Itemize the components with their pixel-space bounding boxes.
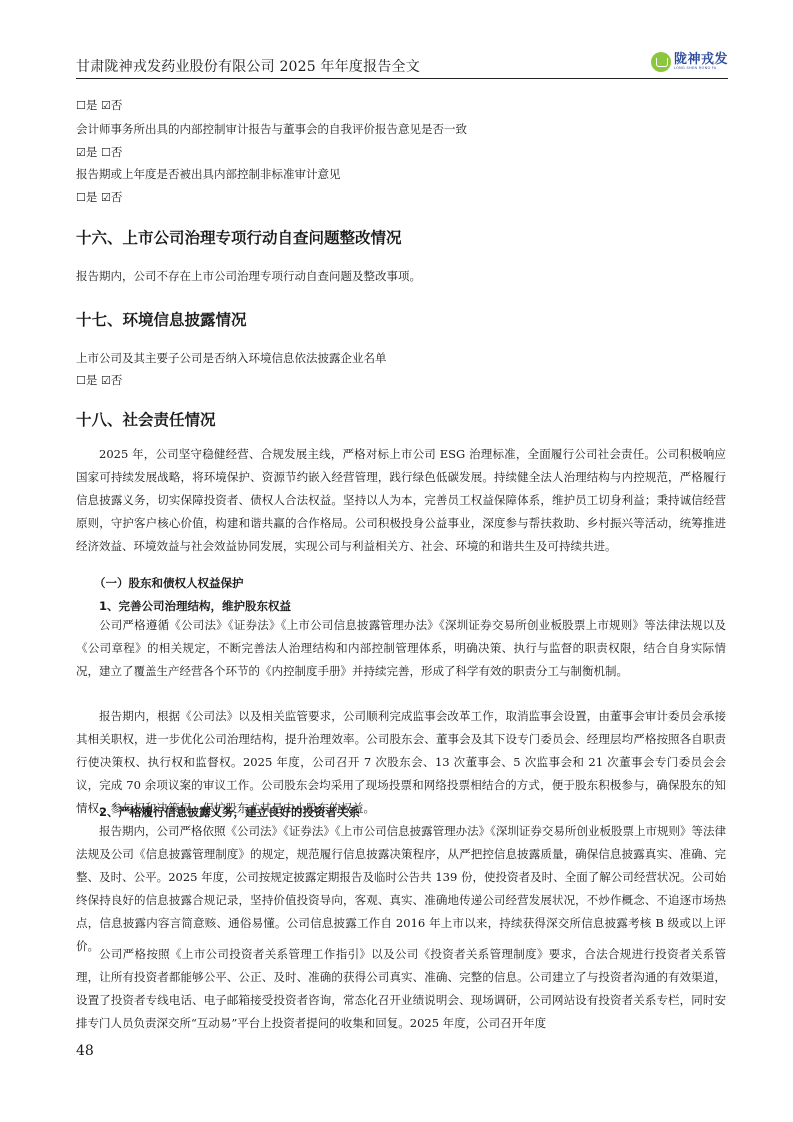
unchecked-box-icon: ☐ [76,374,86,387]
checked-box-icon: ☑ [101,191,111,204]
section-16-heading: 十六、上市公司治理专项行动自查问题整改情况 [76,226,402,248]
question-nonstandard-opinion: 报告期或上年度是否被出具内部控制非标准审计意见 [76,166,341,182]
checkbox-row-3: ☐是 ☑否 [76,189,122,205]
no-label: 否 [111,98,123,112]
section-18-intro: 2025 年，公司坚守稳健经营、合规发展主线，严格对标上市公司 ESG 治理标准… [76,443,726,558]
section-18-heading: 十八、社会责任情况 [76,408,216,430]
yes-label: 是 [86,145,98,159]
item-1-paragraph-1: 公司严格遵循《公司法》《证券法》《上市公司信息披露管理办法》《深圳证券交易所创业… [76,614,726,683]
section-16-text: 报告期内，公司不存在上市公司治理专项行动自查问题及整改事项。 [76,268,421,284]
item-2-paragraph-2: 公司严格按照《上市公司投资者关系管理工作指引》以及公司《投资者关系管理制度》要求… [76,943,726,1035]
unchecked-box-icon: ☐ [76,99,86,112]
page-number: 48 [76,1043,94,1059]
yes-label: 是 [86,98,98,112]
logo-chinese-name: 陇神戎发 [674,53,728,66]
checked-box-icon: ☑ [101,374,111,387]
logo-emblem-icon [651,52,671,72]
section-17-question: 上市公司及其主要子公司是否纳入环境信息依法披露企业名单 [76,350,387,366]
item-2-paragraph-1: 报告期内，公司严格依照《公司法》《证券法》《上市公司信息披露管理办法》《深圳证券… [76,820,726,958]
question-audit-consistency: 会计师事务所出具的内部控制审计报告与董事会的自我评价报告意见是否一致 [76,121,467,137]
subsection-shareholder-protection: （一）股东和债权人权益保护 [94,575,244,591]
item-2-heading: 2、严格履行信息披露义务，建立良好的投资者关系 [99,804,360,820]
item-1-heading: 1、完善公司治理结构，维护股东权益 [99,598,291,614]
checkbox-row-env: ☐是 ☑否 [76,372,122,388]
no-label: 否 [111,190,123,204]
checkbox-row-1: ☐是 ☑否 [76,97,122,113]
yes-label: 是 [86,373,98,387]
yes-label: 是 [86,190,98,204]
unchecked-box-icon: ☐ [76,191,86,204]
no-label: 否 [111,373,123,387]
report-title: 甘肃陇神戎发药业股份有限公司 2025 年年度报告全文 [76,56,420,76]
checkbox-row-2: ☑是 ☐否 [76,144,122,160]
logo-english-name: LONG SHEN RONG FA [674,67,728,71]
checked-box-icon: ☑ [101,99,111,112]
page-header: 甘肃陇神戎发药业股份有限公司 2025 年年度报告全文 陇神戎发 LONG SH… [76,52,728,79]
item-1-paragraph-2: 报告期内，根据《公司法》以及相关监管要求，公司顺利完成监事会改革工作，取消监事会… [76,705,726,820]
section-17-heading: 十七、环境信息披露情况 [76,308,247,330]
company-logo: 陇神戎发 LONG SHEN RONG FA [651,52,728,72]
no-label: 否 [111,145,123,159]
unchecked-box-icon: ☐ [101,146,111,159]
checked-box-icon: ☑ [76,146,86,159]
